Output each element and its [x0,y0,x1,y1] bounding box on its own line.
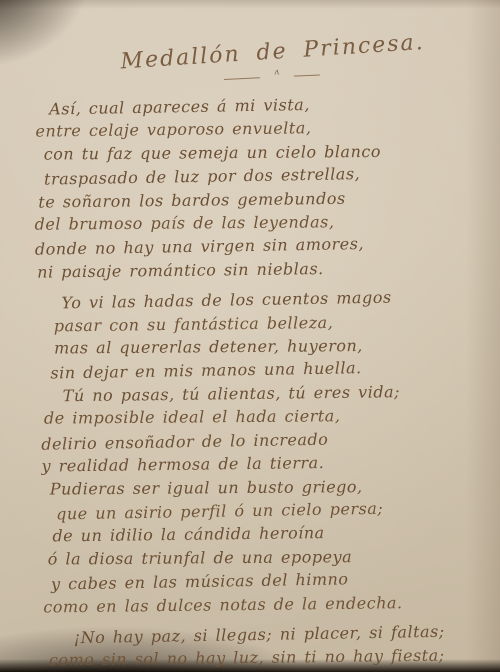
poem-stanza: Yo vi las hadas de los cuentos magos pas… [35,286,477,619]
poem-stanza: ¡No hay paz, si llegas; ni placer, si fa… [40,620,479,672]
separator-caret: ʌ [274,68,280,78]
poem-stanza: Así, cual apareces á mi vista, entre cel… [33,91,473,284]
separator-dash [293,74,319,76]
manuscript-photo: Medallón de Princesa. ʌ Así, cual aparec… [0,0,500,672]
separator-dash [224,77,260,80]
poem-body: Así, cual apareces á mi vista, entre cel… [33,91,478,672]
manuscript-sheet: Medallón de Princesa. ʌ Así, cual aparec… [0,0,500,672]
